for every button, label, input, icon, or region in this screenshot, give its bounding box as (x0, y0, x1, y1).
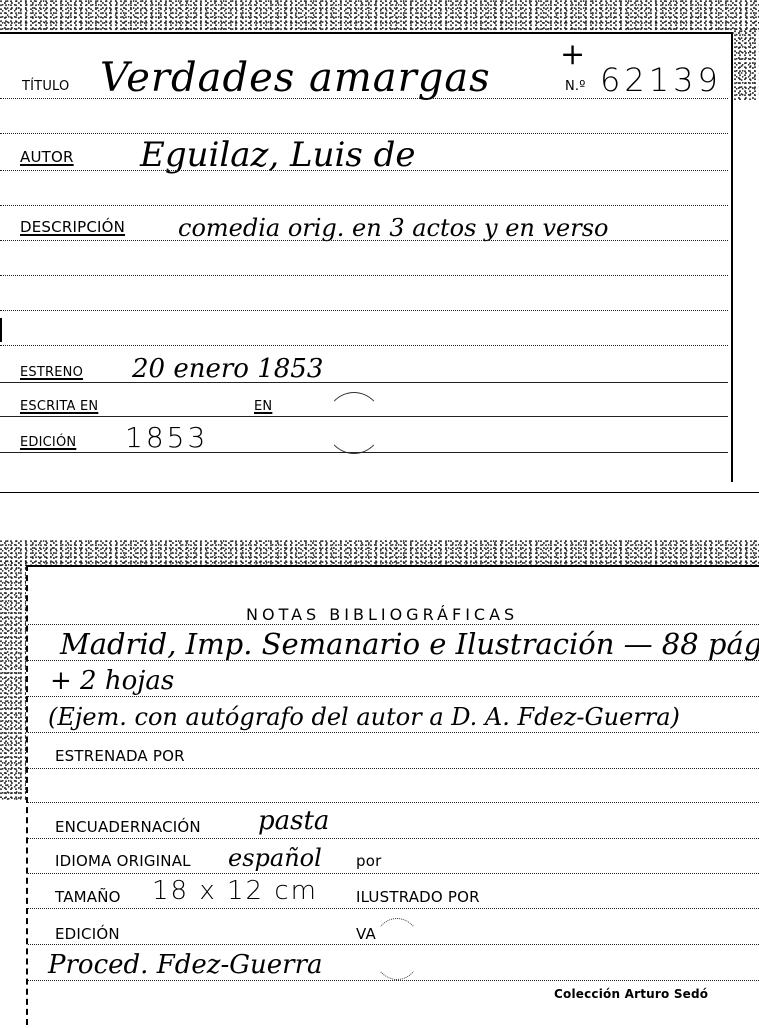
card-separator (0, 492, 759, 493)
procedencia-value: Proced. Fdez-Guerra (48, 952, 323, 978)
titulo-value: Verdades amargas (100, 58, 491, 98)
edicion-value: 1853 (125, 424, 208, 452)
catalog-card-back: NOTAS BIBLIOGRÁFICAS Madrid, Imp. Semana… (0, 540, 759, 1028)
estreno-label: ESTRENO (20, 366, 83, 379)
escrita-en-label: ESCRITA EN (20, 400, 98, 413)
number-mark: + (560, 40, 585, 70)
idioma-rule (28, 873, 759, 874)
estrenada-rule (28, 768, 759, 769)
estreno-rule (0, 382, 728, 383)
notas-rule-3 (28, 732, 759, 733)
catalog-card-front: TÍTULO Verdades amargas + N.º 62139 AUTO… (0, 0, 759, 492)
number-value: 62139 (600, 64, 722, 96)
titulo-label: TÍTULO (22, 80, 69, 93)
row-rule-1 (0, 133, 728, 134)
encuadernacion-label: ENCUADERNACIÓN (55, 820, 201, 835)
punch-hole-mark (325, 392, 383, 454)
encuadernacion-rule (28, 838, 759, 839)
scan-noise-top (0, 0, 759, 34)
card-back-left-edge (26, 565, 28, 1025)
autor-rule (0, 170, 728, 171)
estrenada-por-label: ESTRENADA POR (55, 749, 185, 764)
notas-rule-0 (28, 624, 759, 625)
note-line-2: + 2 hojas (50, 668, 174, 694)
row-rule-2 (0, 205, 728, 206)
notas-rule-2 (28, 696, 759, 697)
scan-noise-top-back (0, 540, 759, 566)
descripcion-value: comedia orig. en 3 actos y en verso (178, 216, 609, 240)
notas-heading: NOTAS BIBLIOGRÁFICAS (246, 605, 518, 624)
autor-value: Eguilaz, Luis de (140, 138, 416, 172)
idioma-value: español (228, 846, 322, 870)
blank-rule-1 (0, 275, 728, 276)
tamano-rule (28, 908, 759, 909)
edicion-rule (0, 452, 728, 453)
tamano-label: TAMAÑO (55, 890, 121, 905)
card-top-edge (0, 32, 733, 34)
edicion-label: EDICIÓN (20, 436, 76, 449)
procedencia-rule (28, 980, 759, 981)
traducido-por-label: por (356, 854, 381, 869)
estreno-value: 20 enero 1853 (132, 356, 323, 382)
scan-mark-left (0, 318, 2, 342)
blank-rule-back (28, 802, 759, 803)
ilustrado-por-label: ILUSTRADO POR (356, 890, 480, 905)
blank-rule-2 (0, 310, 728, 311)
descripcion-label: DESCRIPCIÓN (20, 220, 125, 235)
card-back-top-edge (26, 565, 759, 567)
en-label: EN (254, 400, 272, 413)
note-line-3: (Ejem. con autógrafo del autor a D. A. F… (48, 705, 680, 729)
note-line-1: Madrid, Imp. Semanario e Ilustración — 8… (60, 630, 759, 659)
card-right-edge (731, 32, 733, 482)
idioma-label: IDIOMA ORIGINAL (55, 854, 191, 869)
autor-label: AUTOR (20, 150, 74, 165)
edicion-back-label: EDICIÓN (55, 927, 120, 942)
tamano-value: 18 x 12 cm (152, 878, 318, 904)
punch-hole-mark-back (372, 918, 422, 980)
notas-rule-1 (28, 660, 759, 661)
scan-noise-right (734, 30, 759, 100)
descripcion-rule (0, 240, 728, 241)
number-label: N.º (565, 80, 586, 93)
collection-credit: Colección Arturo Sedó (554, 987, 708, 1001)
encuadernacion-value: pasta (258, 808, 329, 834)
scan-noise-left-back (0, 560, 26, 800)
blank-rule-3 (0, 345, 728, 346)
